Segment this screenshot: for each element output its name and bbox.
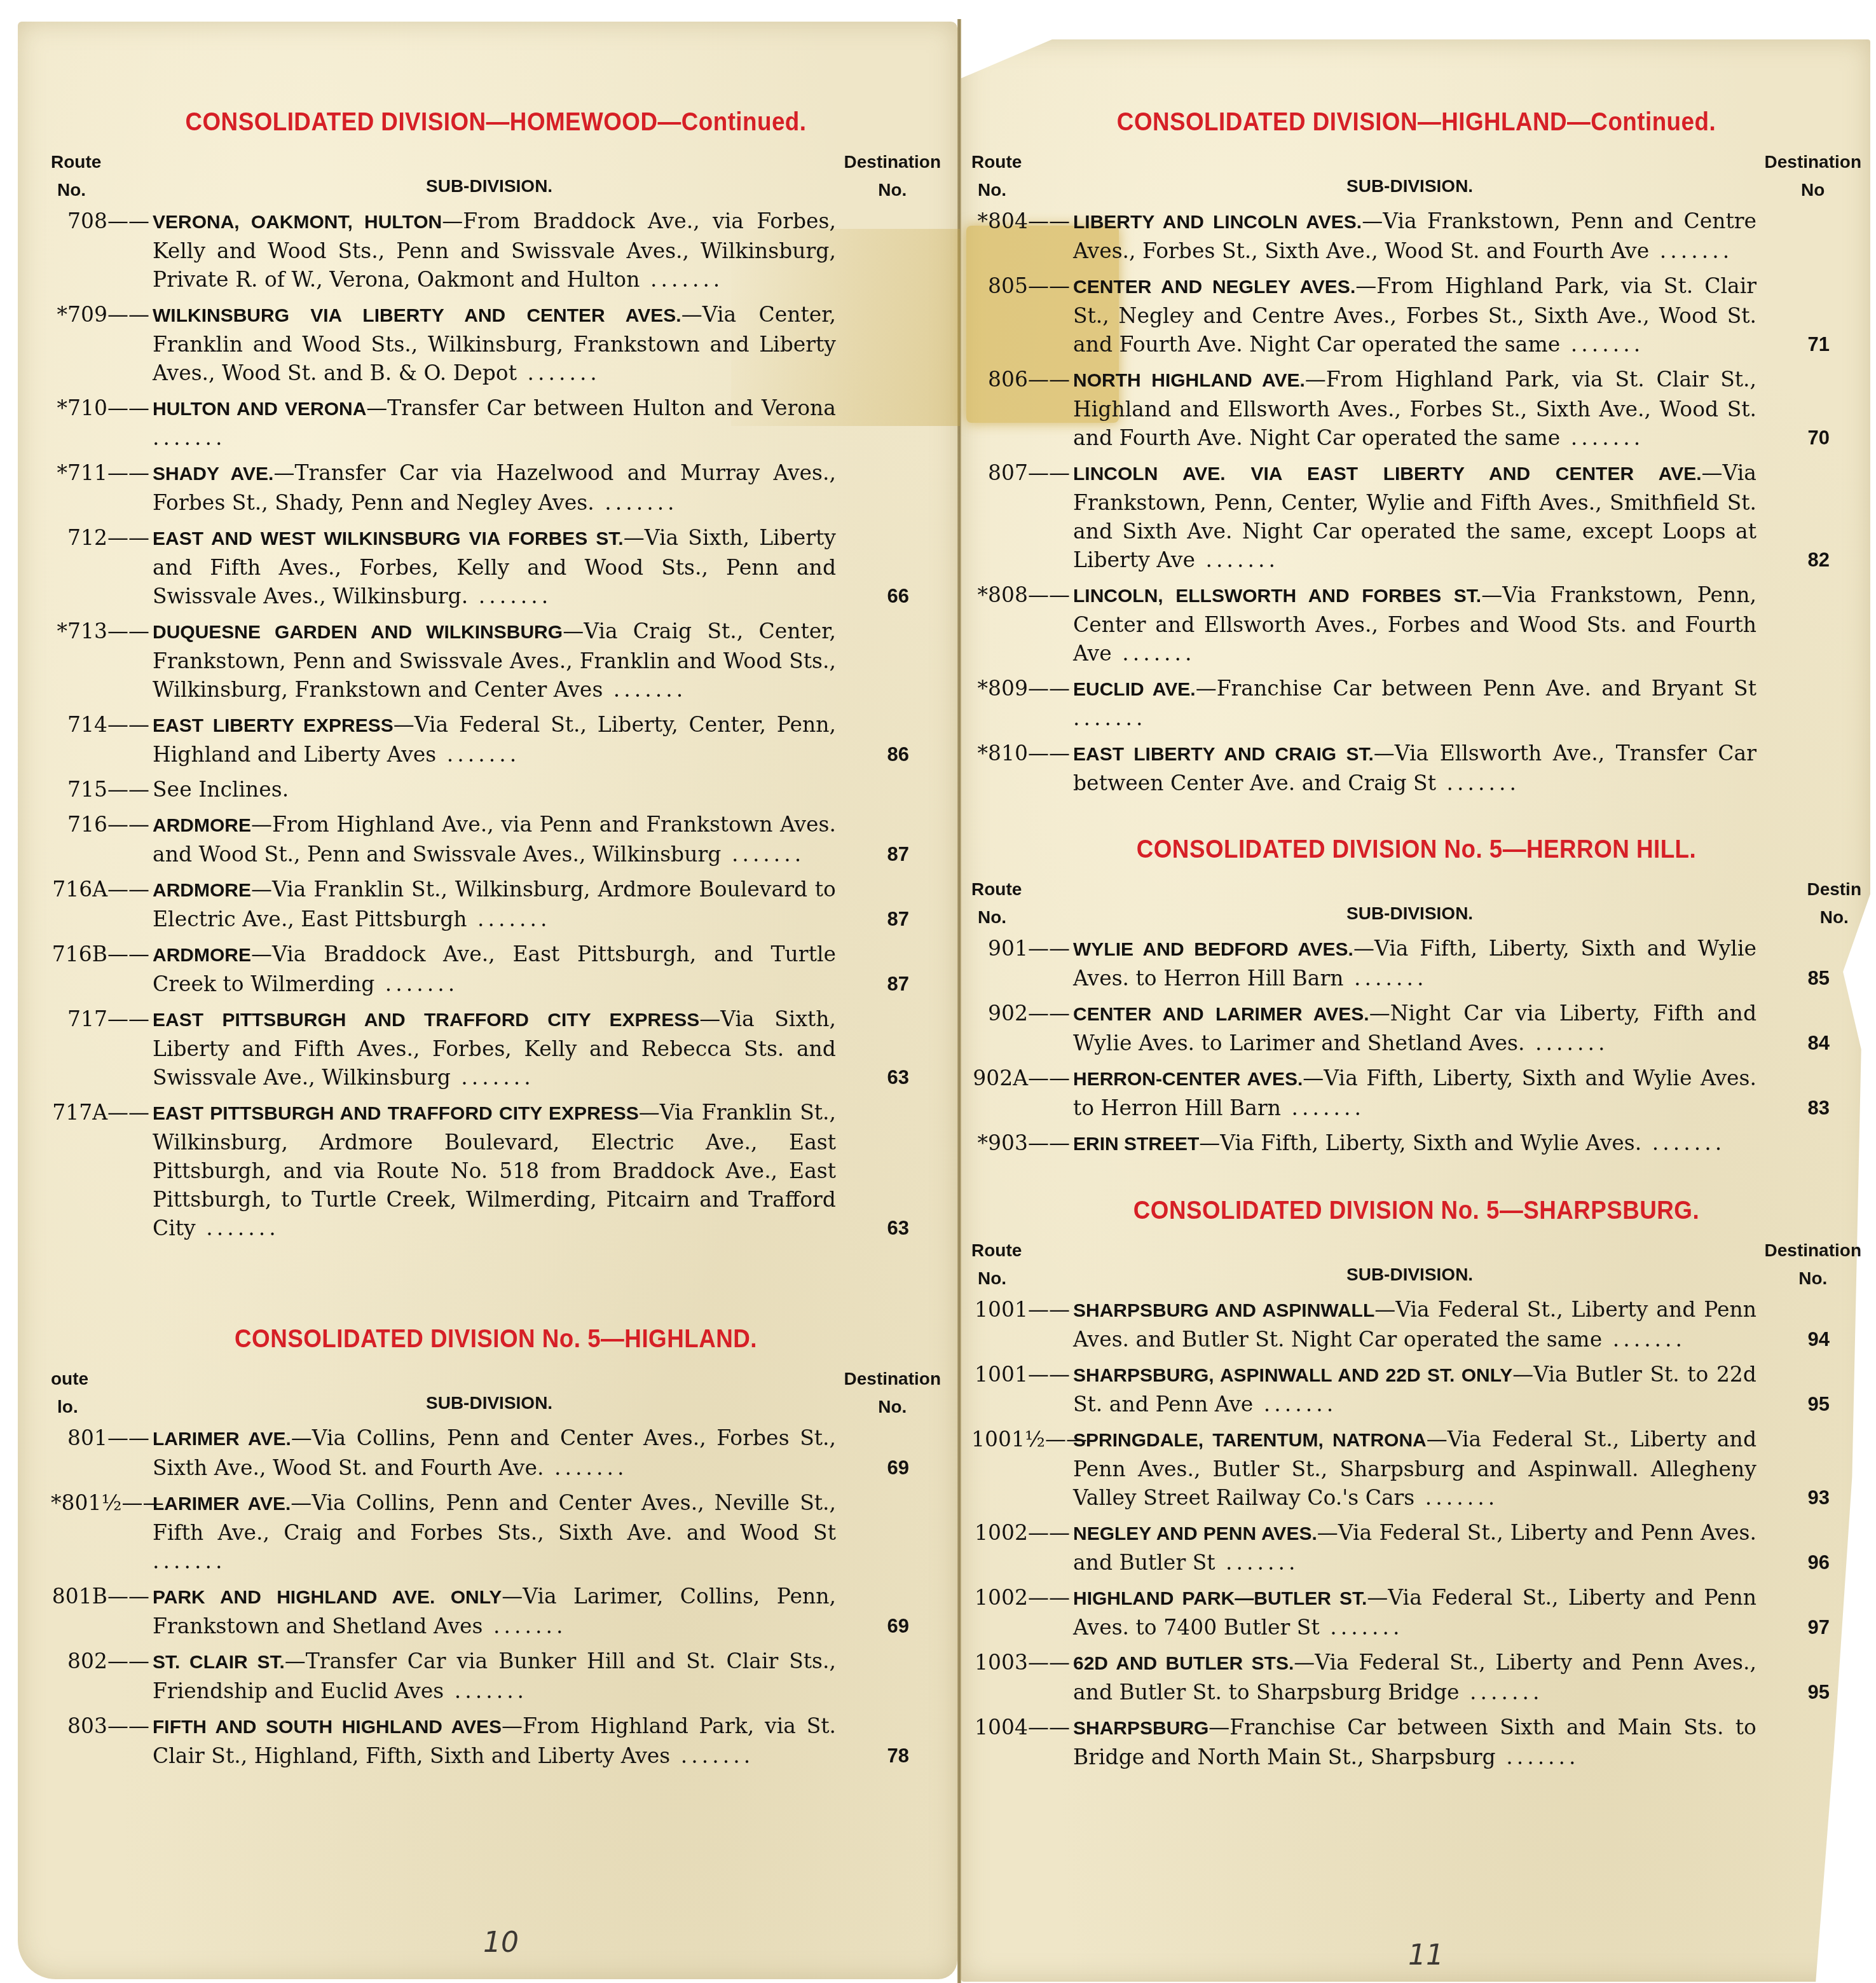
route-description: ARDMORE—From Highland Ave., via Penn and… xyxy=(153,810,836,868)
route-description: LIBERTY AND LINCOLN AVES.—Via Frankstown… xyxy=(1073,207,1756,265)
route-number: *809—— xyxy=(971,674,1070,703)
route-name: EAST LIBERTY AND CRAIG ST. xyxy=(1073,744,1374,765)
leader-dots: ....... xyxy=(374,971,458,996)
leader-dots: ....... xyxy=(1320,1615,1404,1640)
leader-dots: ....... xyxy=(468,584,552,608)
route-number: 801B—— xyxy=(51,1582,149,1610)
route-description: HIGHLAND PARK—BUTLER ST.—Via Federal St.… xyxy=(1073,1583,1756,1642)
destination-number: 78 xyxy=(887,1741,909,1770)
route-description: SHADY AVE.—Transfer Car via Hazelwood an… xyxy=(153,458,836,517)
route-via-text: Transfer Car between Hulton and Verona xyxy=(387,395,836,420)
route-number: 1002—— xyxy=(971,1583,1070,1612)
route-description: 62D AND BUTLER STS.—Via Federal St., Lib… xyxy=(1073,1648,1756,1706)
subdivision-header: SUB-DIVISION. xyxy=(426,1393,552,1413)
destination-number: 85 xyxy=(1808,964,1830,992)
route-name: NEGLEY AND PENN AVES. xyxy=(1073,1523,1317,1544)
destination-no-header: DestinationNo. xyxy=(844,148,941,204)
route-number-value: 805 xyxy=(988,273,1028,298)
route-number-value: 1002 xyxy=(975,1520,1028,1545)
route-description: WYLIE AND BEDFORD AVES.—Via Fifth, Liber… xyxy=(1073,934,1756,992)
route-entry: *809——EUCLID AVE.—Franchise Car between … xyxy=(971,674,1861,732)
section-title: CONSOLIDATED DIVISION No. 5—HIGHLAND. xyxy=(86,1325,905,1354)
route-number-value: 708 xyxy=(67,209,107,233)
route-description: SPRINGDALE, TARENTUM, NATRONA—Via Federa… xyxy=(1073,1425,1756,1512)
route-via-text: See Inclines. xyxy=(153,777,289,802)
destination-number: 93 xyxy=(1808,1483,1830,1512)
leader-dots: ....... xyxy=(1215,1550,1299,1575)
route-number: *709—— xyxy=(51,300,149,329)
route-number: 802—— xyxy=(51,1647,149,1675)
route-description: SHARPSBURG AND ASPINWALL—Via Federal St.… xyxy=(1073,1295,1756,1354)
route-number-value: 712 xyxy=(67,525,107,550)
route-description: LARIMER AVE.—Via Collins, Penn and Cente… xyxy=(153,1424,836,1482)
route-header-label: Route xyxy=(51,148,101,176)
route-description: FIFTH AND SOUTH HIGHLAND AVES—From Highl… xyxy=(153,1712,836,1770)
route-number-value: 803 xyxy=(67,1713,107,1738)
route-entry: 1002——HIGHLAND PARK—BUTLER ST.—Via Feder… xyxy=(971,1583,1861,1642)
route-number: 807—— xyxy=(971,458,1070,487)
route-number-value: 715 xyxy=(67,777,107,802)
route-description: EAST PITTSBURGH AND TRAFFORD CITY EXPRES… xyxy=(153,1005,836,1092)
route-name: ARDMORE xyxy=(153,945,251,966)
route-entry: 1001½——SPRINGDALE, TARENTUM, NATRONA—Via… xyxy=(971,1425,1861,1512)
route-via-text: Via Fifth, Liberty, Sixth and Wylie Aves… xyxy=(1220,1130,1641,1155)
destination-header-label: Destination xyxy=(844,148,941,176)
route-entry: 714——EAST LIBERTY EXPRESS—Via Federal St… xyxy=(51,710,941,769)
route-number-value: 806 xyxy=(988,367,1028,392)
route-entry: *710——HULTON AND VERONA—Transfer Car bet… xyxy=(51,394,941,452)
column-headers: RouteNo.SUB-DIVISION.DestinationNo. xyxy=(51,137,941,207)
route-name: LINCOLN, ELLSWORTH AND FORBES ST. xyxy=(1073,586,1481,607)
destination-no-label: No. xyxy=(1765,1265,1861,1293)
leader-dots: ....... xyxy=(1436,771,1520,795)
route-description: LINCOLN, ELLSWORTH AND FORBES ST.—Via Fr… xyxy=(1073,580,1756,668)
route-number: *710—— xyxy=(51,394,149,422)
route-number-value: 717 xyxy=(67,1006,107,1031)
route-description: VERONA, OAKMONT, HULTON—From Braddock Av… xyxy=(153,207,836,294)
route-number-value: 802 xyxy=(67,1649,107,1673)
route-name: SHARPSBURG xyxy=(1073,1718,1208,1739)
route-entry: 708——VERONA, OAKMONT, HULTON—From Braddo… xyxy=(51,207,941,294)
leader-dots: ....... xyxy=(436,742,520,767)
destination-no-label: No. xyxy=(1807,903,1861,931)
route-number: *808—— xyxy=(971,580,1070,609)
route-name: HERRON-CENTER AVES. xyxy=(1073,1069,1303,1090)
destination-no-header: DestinationNo. xyxy=(844,1365,941,1421)
route-description: EAST LIBERTY EXPRESS—Via Federal St., Li… xyxy=(153,710,836,769)
route-entry: *713——DUQUESNE GARDEN AND WILKINSBURG—Vi… xyxy=(51,617,941,704)
route-number: 708—— xyxy=(51,207,149,235)
leader-dots: ....... xyxy=(544,1455,627,1480)
destination-number: 94 xyxy=(1808,1325,1830,1354)
section-gap xyxy=(971,1165,1861,1197)
route-description: EAST AND WEST WILKINSBURG VIA FORBES ST.… xyxy=(153,523,836,610)
route-entry: 802——ST. CLAIR ST.—Transfer Car via Bunk… xyxy=(51,1647,941,1705)
route-name: EAST PITTSBURGH AND TRAFFORD CITY EXPRES… xyxy=(153,1103,639,1124)
route-name: ST. CLAIR ST. xyxy=(153,1652,285,1673)
column-headers: outelo.SUB-DIVISION.DestinationNo. xyxy=(51,1354,941,1424)
route-number: 1001—— xyxy=(971,1295,1070,1324)
destination-number: 66 xyxy=(887,582,909,610)
route-number: 902A—— xyxy=(971,1064,1070,1092)
route-number: 803—— xyxy=(51,1712,149,1740)
leader-dots: ....... xyxy=(1560,425,1644,450)
section-title: CONSOLIDATED DIVISION—HIGHLAND—Continued… xyxy=(1007,108,1826,137)
route-name: LARIMER AVE. xyxy=(153,1493,291,1514)
route-name: CENTER AND NEGLEY AVES. xyxy=(1073,277,1355,298)
route-number: 717—— xyxy=(51,1005,149,1033)
route-no-label: No. xyxy=(51,176,101,204)
leader-dots: ....... xyxy=(1253,1392,1337,1417)
route-entry: *801½——LARIMER AVE.—Via Collins, Penn an… xyxy=(51,1488,941,1575)
leader-dots: ....... xyxy=(1649,238,1733,263)
route-entry: *709——WILKINSBURG VIA LIBERTY AND CENTER… xyxy=(51,300,941,387)
route-name: LINCOLN AVE. VIA EAST LIBERTY AND CENTER… xyxy=(1073,463,1702,484)
route-entry: 715——See Inclines. xyxy=(51,775,941,804)
route-name: VERONA, OAKMONT, HULTON xyxy=(153,212,442,233)
subdivision-header: SUB-DIVISION. xyxy=(1346,1265,1473,1285)
route-entry: *804——LIBERTY AND LINCOLN AVES.—Via Fran… xyxy=(971,207,1861,265)
route-description: EAST LIBERTY AND CRAIG ST.—Via Ellsworth… xyxy=(1073,739,1756,797)
route-name: WYLIE AND BEDFORD AVES. xyxy=(1073,939,1353,960)
route-entry: 716B——ARDMORE—Via Braddock Ave., East Pi… xyxy=(51,940,941,998)
route-number: *903—— xyxy=(971,1129,1070,1157)
route-no-header: RouteNo. xyxy=(971,875,1022,931)
destination-number: 95 xyxy=(1808,1390,1830,1418)
route-number-value: 901 xyxy=(988,936,1028,961)
route-number-value: *711 xyxy=(57,460,108,485)
route-description: NORTH HIGHLAND AVE.—From Highland Park, … xyxy=(1073,365,1756,452)
destination-header-label: Destination xyxy=(1765,1237,1861,1265)
leader-dots: ....... xyxy=(1641,1130,1725,1155)
route-via-text: Via Braddock Ave., East Pittsburgh, and … xyxy=(153,942,836,996)
route-name: SHADY AVE. xyxy=(153,463,273,484)
destination-number: 69 xyxy=(887,1612,909,1640)
route-entry: 807——LINCOLN AVE. VIA EAST LIBERTY AND C… xyxy=(971,458,1861,574)
leader-dots: ....... xyxy=(1344,966,1428,991)
leader-dots: ....... xyxy=(594,490,678,515)
route-name: DUQUESNE GARDEN AND WILKINSBURG xyxy=(153,622,563,643)
route-description: HERRON-CENTER AVES.—Via Fifth, Liberty, … xyxy=(1073,1064,1756,1122)
route-entry: *808——LINCOLN, ELLSWORTH AND FORBES ST.—… xyxy=(971,580,1861,668)
route-number-value: 1004 xyxy=(975,1715,1028,1739)
route-entry: 902——CENTER AND LARIMER AVES.—Night Car … xyxy=(971,999,1861,1057)
route-number-value: *713 xyxy=(57,619,108,643)
route-no-header: outelo. xyxy=(51,1365,88,1421)
route-number: *713—— xyxy=(51,617,149,645)
subdivision-header: SUB-DIVISION. xyxy=(1346,176,1473,196)
route-name: EAST LIBERTY EXPRESS xyxy=(153,715,394,736)
route-number-value: 807 xyxy=(988,460,1028,485)
route-number: *810—— xyxy=(971,739,1070,767)
route-number: 801—— xyxy=(51,1424,149,1452)
route-entry: 1001——SHARPSBURG, ASPINWALL AND 22D ST. … xyxy=(971,1360,1861,1418)
destination-number: 97 xyxy=(1808,1613,1830,1642)
destination-no-header: DestinationNo xyxy=(1765,148,1861,204)
leader-dots: ....... xyxy=(467,907,551,931)
route-number: *711—— xyxy=(51,458,149,487)
route-name: EUCLID AVE. xyxy=(1073,679,1196,700)
route-name: CENTER AND LARIMER AVES. xyxy=(1073,1004,1369,1025)
subdivision-header: SUB-DIVISION. xyxy=(1346,903,1473,924)
route-number-value: 717A xyxy=(52,1100,107,1125)
destination-no-label: No. xyxy=(844,176,941,204)
destination-number: 71 xyxy=(1808,330,1830,359)
route-name: EAST PITTSBURGH AND TRAFFORD CITY EXPRES… xyxy=(153,1010,699,1031)
route-entry: 717——EAST PITTSBURGH AND TRAFFORD CITY E… xyxy=(51,1005,941,1092)
route-entry: 806——NORTH HIGHLAND AVE.—From Highland P… xyxy=(971,365,1861,452)
route-no-label: No. xyxy=(971,903,1022,931)
leader-dots: ....... xyxy=(1281,1095,1365,1120)
leader-dots: ....... xyxy=(1560,332,1644,357)
route-entry: *711——SHADY AVE.—Transfer Car via Hazelw… xyxy=(51,458,941,517)
route-entry: *810——EAST LIBERTY AND CRAIG ST.—Via Ell… xyxy=(971,739,1861,797)
destination-number: 95 xyxy=(1808,1678,1830,1706)
leader-dots: ....... xyxy=(1112,641,1196,666)
route-number: 712—— xyxy=(51,523,149,552)
route-number-value: 902 xyxy=(988,1001,1028,1026)
route-number: 806—— xyxy=(971,365,1070,394)
route-description: DUQUESNE GARDEN AND WILKINSBURG—Via Crai… xyxy=(153,617,836,704)
route-number-value: *709 xyxy=(57,302,108,327)
route-entry: 1002——NEGLEY AND PENN AVES.—Via Federal … xyxy=(971,1518,1861,1577)
leader-dots: ....... xyxy=(1602,1327,1686,1352)
route-number-value: 1003 xyxy=(975,1650,1028,1675)
route-number-value: 1001 xyxy=(975,1297,1028,1322)
route-description: NEGLEY AND PENN AVES.—Via Federal St., L… xyxy=(1073,1518,1756,1577)
leader-dots: ....... xyxy=(196,1216,280,1240)
route-number-value: 902A xyxy=(973,1066,1028,1090)
column-headers: RouteNo.SUB-DIVISION.DestinationNo xyxy=(971,137,1861,207)
destination-number: 63 xyxy=(887,1063,909,1092)
handwritten-page-number: 10 xyxy=(483,1926,519,1959)
leader-dots: ....... xyxy=(444,1678,528,1703)
leader-dots: ....... xyxy=(1414,1485,1498,1510)
leader-dots: ....... xyxy=(1525,1031,1609,1055)
route-number-value: *810 xyxy=(978,741,1029,765)
route-description: LINCOLN AVE. VIA EAST LIBERTY AND CENTER… xyxy=(1073,458,1756,574)
leader-dots: ....... xyxy=(603,677,687,702)
route-entry: 901——WYLIE AND BEDFORD AVES.—Via Fifth, … xyxy=(971,934,1861,992)
destination-number: 87 xyxy=(887,970,909,998)
route-entry: 1004——SHARPSBURG—Franchise Car between S… xyxy=(971,1713,1861,1771)
route-name: ARDMORE xyxy=(153,880,251,901)
route-description: ARDMORE—Via Franklin St., Wilkinsburg, A… xyxy=(153,875,836,933)
destination-number: 82 xyxy=(1808,545,1830,574)
route-number: 1001—— xyxy=(971,1360,1070,1389)
route-name: SHARPSBURG AND ASPINWALL xyxy=(1073,1300,1374,1321)
route-number: 717A—— xyxy=(51,1098,149,1127)
route-number-value: *903 xyxy=(978,1130,1029,1155)
leader-dots: ....... xyxy=(1460,1680,1544,1705)
route-header-label: oute xyxy=(51,1365,88,1393)
section-title: CONSOLIDATED DIVISION No. 5—SHARPSBURG. xyxy=(1007,1197,1826,1225)
route-name: HULTON AND VERONA xyxy=(153,399,366,420)
route-number: *804—— xyxy=(971,207,1070,235)
leader-dots: ....... xyxy=(153,425,226,450)
route-description: SHARPSBURG, ASPINWALL AND 22D ST. ONLY—V… xyxy=(1073,1360,1756,1418)
destination-no-label: No xyxy=(1765,176,1861,204)
route-number-value: *710 xyxy=(57,395,108,420)
route-number-value: 1001½ xyxy=(971,1427,1045,1451)
leader-dots: ....... xyxy=(1195,547,1279,572)
leader-dots: ....... xyxy=(640,267,723,292)
route-number: 715—— xyxy=(51,775,149,804)
route-number-value: 714 xyxy=(67,712,107,737)
route-number: 716B—— xyxy=(51,940,149,968)
destination-number: 87 xyxy=(887,840,909,868)
left-column: CONSOLIDATED DIVISION—HOMEWOOD—Continued… xyxy=(51,108,941,1776)
handwritten-page-number: 11 xyxy=(1408,1939,1444,1972)
route-description: HULTON AND VERONA—Transfer Car between H… xyxy=(153,394,836,452)
route-number: 714—— xyxy=(51,710,149,739)
route-entry: 805——CENTER AND NEGLEY AVES.—From Highla… xyxy=(971,271,1861,359)
route-number: 1001½—— xyxy=(971,1425,1070,1453)
route-name: SPRINGDALE, TARENTUM, NATRONA xyxy=(1073,1430,1427,1451)
route-description: ST. CLAIR ST.—Transfer Car via Bunker Hi… xyxy=(153,1647,836,1705)
route-entry: 902A——HERRON-CENTER AVES.—Via Fifth, Lib… xyxy=(971,1064,1861,1122)
destination-header-label: Destination xyxy=(844,1365,941,1393)
subdivision-header: SUB-DIVISION. xyxy=(426,176,552,196)
section-gap xyxy=(971,804,1861,835)
route-name: WILKINSBURG VIA LIBERTY AND CENTER AVES. xyxy=(153,305,681,326)
route-no-label: lo. xyxy=(51,1393,88,1421)
route-number: 901—— xyxy=(971,934,1070,963)
route-entry: 716A——ARDMORE—Via Franklin St., Wilkinsb… xyxy=(51,875,941,933)
route-name: ARDMORE xyxy=(153,815,251,836)
destination-number: 96 xyxy=(1808,1548,1830,1577)
route-name: HIGHLAND PARK—BUTLER ST. xyxy=(1073,1588,1367,1609)
route-description: SHARPSBURG—Franchise Car between Sixth a… xyxy=(1073,1713,1756,1771)
destination-header-label: Destination xyxy=(1765,148,1861,176)
leader-dots: ....... xyxy=(517,360,601,385)
route-no-header: RouteNo. xyxy=(51,148,101,204)
leader-dots: ....... xyxy=(670,1743,754,1768)
route-number-value: 716B xyxy=(52,942,107,966)
route-number: 1003—— xyxy=(971,1648,1070,1677)
route-header-label: Route xyxy=(971,875,1022,903)
route-description: PARK AND HIGHLAND AVE. ONLY—Via Larimer,… xyxy=(153,1582,836,1640)
destination-number: 86 xyxy=(887,740,909,769)
route-number: 716—— xyxy=(51,810,149,839)
route-no-header: RouteNo. xyxy=(971,1237,1022,1293)
route-number-value: 1002 xyxy=(975,1585,1028,1610)
destination-no-label: No. xyxy=(844,1393,941,1421)
route-number: 902—— xyxy=(971,999,1070,1027)
leader-dots: ....... xyxy=(153,1549,226,1574)
destination-no-header: DestinationNo. xyxy=(1765,1237,1861,1293)
route-description: CENTER AND LARIMER AVES.—Night Car via L… xyxy=(1073,999,1756,1057)
route-header-label: Route xyxy=(971,1237,1022,1265)
route-name: LIBERTY AND LINCOLN AVES. xyxy=(1073,212,1362,233)
route-entry: 803——FIFTH AND SOUTH HIGHLAND AVES—From … xyxy=(51,1712,941,1770)
route-number-value: *801½ xyxy=(51,1490,121,1515)
route-description: WILKINSBURG VIA LIBERTY AND CENTER AVES.… xyxy=(153,300,836,387)
route-number-value: 716A xyxy=(52,877,107,902)
route-description: ARDMORE—Via Braddock Ave., East Pittsbur… xyxy=(153,940,836,998)
section-title: CONSOLIDATED DIVISION—HOMEWOOD—Continued… xyxy=(86,108,905,137)
leader-dots: ....... xyxy=(483,1614,567,1638)
route-description: CENTER AND NEGLEY AVES.—From Highland Pa… xyxy=(1073,271,1756,359)
route-description: ERIN STREET—Via Fifth, Liberty, Sixth an… xyxy=(1073,1129,1756,1158)
section-gap xyxy=(51,1249,941,1325)
section-title: CONSOLIDATED DIVISION No. 5—HERRON HILL. xyxy=(1007,835,1826,864)
route-number: 805—— xyxy=(971,271,1070,300)
route-name: ERIN STREET xyxy=(1073,1134,1199,1155)
route-number: 1002—— xyxy=(971,1518,1070,1547)
route-entry: 1003——62D AND BUTLER STS.—Via Federal St… xyxy=(971,1648,1861,1706)
route-number: 716A—— xyxy=(51,875,149,903)
column-headers: RouteNo.SUB-DIVISION.DestinNo. xyxy=(971,864,1861,934)
destination-no-header: DestinNo. xyxy=(1807,875,1861,931)
route-name: NORTH HIGHLAND AVE. xyxy=(1073,370,1305,391)
route-number-value: 801 xyxy=(67,1425,107,1450)
destination-number: 87 xyxy=(887,905,909,933)
route-description: LARIMER AVE.—Via Collins, Penn and Cente… xyxy=(153,1488,836,1575)
route-no-label: No. xyxy=(971,1265,1022,1293)
route-name: 62D AND BUTLER STS. xyxy=(1073,1653,1294,1674)
route-number-value: 716 xyxy=(67,812,107,837)
route-entry: *903——ERIN STREET—Via Fifth, Liberty, Si… xyxy=(971,1129,1861,1158)
route-name: EAST AND WEST WILKINSBURG VIA FORBES ST. xyxy=(153,528,624,549)
route-entry: 712——EAST AND WEST WILKINSBURG VIA FORBE… xyxy=(51,523,941,610)
destination-number: 69 xyxy=(887,1453,909,1482)
destination-number: 70 xyxy=(1808,423,1830,452)
route-number-value: *809 xyxy=(978,676,1029,701)
route-entry: 801B——PARK AND HIGHLAND AVE. ONLY—Via La… xyxy=(51,1582,941,1640)
leader-dots: ....... xyxy=(451,1065,535,1090)
route-no-label: No. xyxy=(971,176,1022,204)
route-number-value: *804 xyxy=(978,209,1029,233)
route-entry: 716——ARDMORE—From Highland Ave., via Pen… xyxy=(51,810,941,868)
column-headers: RouteNo.SUB-DIVISION.DestinationNo. xyxy=(971,1225,1861,1295)
route-name: LARIMER AVE. xyxy=(153,1429,291,1450)
route-entry: 717A——EAST PITTSBURGH AND TRAFFORD CITY … xyxy=(51,1098,941,1242)
leader-dots: ....... xyxy=(1073,706,1146,731)
route-name: PARK AND HIGHLAND AVE. ONLY xyxy=(153,1587,502,1608)
leader-dots: ....... xyxy=(721,842,805,867)
route-number-value: 1001 xyxy=(975,1362,1028,1387)
route-description: EAST PITTSBURGH AND TRAFFORD CITY EXPRES… xyxy=(153,1098,836,1242)
route-name: FIFTH AND SOUTH HIGHLAND AVES xyxy=(153,1717,502,1738)
destination-number: 83 xyxy=(1808,1094,1830,1122)
route-number-value: 801B xyxy=(52,1584,107,1609)
route-no-header: RouteNo. xyxy=(971,148,1022,204)
right-column: CONSOLIDATED DIVISION—HIGHLAND—Continued… xyxy=(971,108,1861,1778)
route-description: See Inclines. xyxy=(153,775,836,804)
route-name: SHARPSBURG, ASPINWALL AND 22D ST. ONLY xyxy=(1073,1365,1512,1386)
route-entry: 1001——SHARPSBURG AND ASPINWALL—Via Feder… xyxy=(971,1295,1861,1354)
destination-number: 84 xyxy=(1808,1029,1830,1057)
route-number: 1004—— xyxy=(971,1713,1070,1741)
route-description: EUCLID AVE.—Franchise Car between Penn A… xyxy=(1073,674,1756,732)
route-number-value: *808 xyxy=(978,582,1029,607)
route-via-text: Franchise Car between Penn Ave. and Brya… xyxy=(1217,676,1756,701)
destination-number: 63 xyxy=(887,1214,909,1242)
route-entry: 801——LARIMER AVE.—Via Collins, Penn and … xyxy=(51,1424,941,1482)
destination-header-label: Destin xyxy=(1807,875,1861,903)
leader-dots: ....... xyxy=(1496,1745,1580,1769)
route-number: *801½—— xyxy=(51,1488,149,1517)
route-header-label: Route xyxy=(971,148,1022,176)
